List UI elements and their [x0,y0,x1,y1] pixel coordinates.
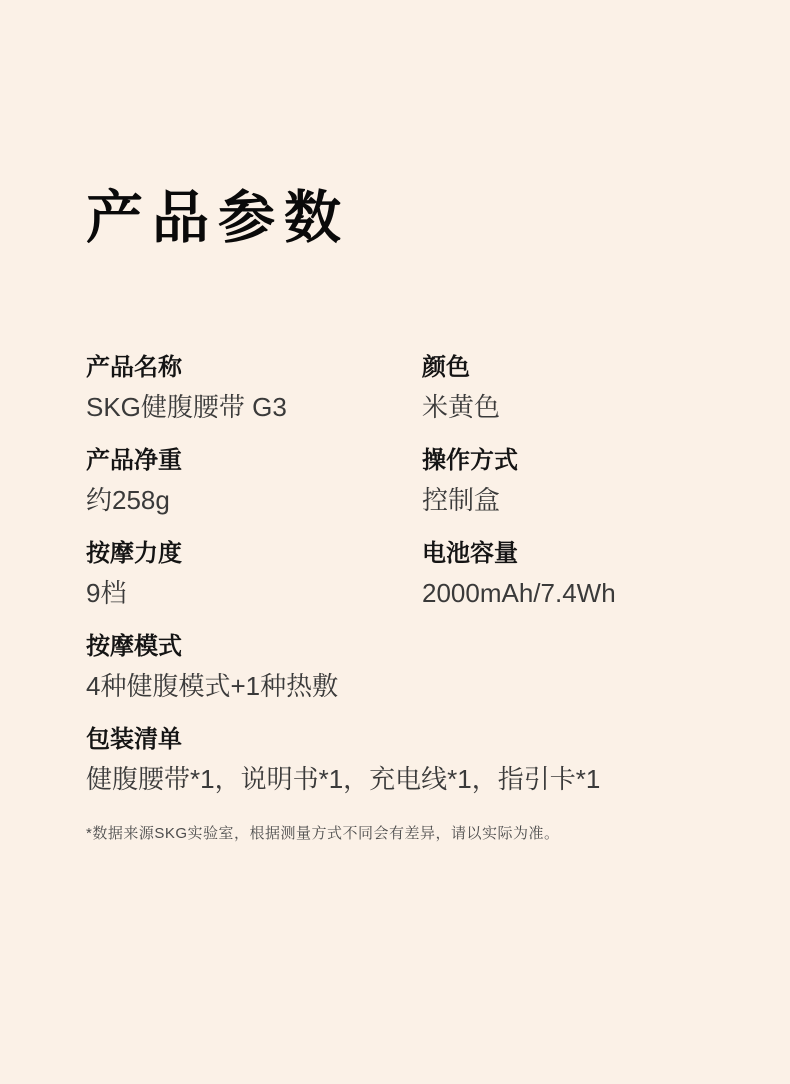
spec-item-massage-intensity: 按摩力度 9档 [86,539,422,610]
spec-value: 9档 [86,576,422,610]
spec-label: 按摩模式 [86,632,750,661]
spec-grid: 产品名称 SKG健腹腰带 G3 颜色 米黄色 产品净重 约258g 操作方式 控… [86,353,750,796]
spec-label: 产品名称 [86,353,422,382]
spec-value: 米黄色 [422,390,750,424]
spec-value: 约258g [86,483,422,517]
spec-value: 控制盒 [422,483,750,517]
spec-item-color: 颜色 米黄色 [422,353,750,424]
spec-value: 2000mAh/7.4Wh [422,576,750,610]
page-title: 产品参数 [86,190,750,247]
spec-label: 按摩力度 [86,539,422,568]
spec-label: 产品净重 [86,446,422,475]
spec-label: 操作方式 [422,446,750,475]
spec-label: 颜色 [422,353,750,382]
spec-item-massage-modes: 按摩模式 4种健腹模式+1种热敷 [86,632,750,703]
spec-item-package-contents: 包装清单 健腹腰带*1，说明书*1，充电线*1，指引卡*1 [86,725,750,796]
spec-value: 健腹腰带*1，说明书*1，充电线*1，指引卡*1 [86,762,750,796]
product-parameters-section: 产品参数 产品名称 SKG健腹腰带 G3 颜色 米黄色 产品净重 约258g 操… [0,0,790,844]
spec-item-net-weight: 产品净重 约258g [86,446,422,517]
spec-item-product-name: 产品名称 SKG健腹腰带 G3 [86,353,422,424]
spec-label: 包装清单 [86,725,750,754]
data-source-footnote: *数据来源SKG实验室，根据测量方式不同会有差异，请以实际为准。 [86,824,750,844]
spec-value: 4种健腹模式+1种热敷 [86,669,750,703]
spec-item-operation-method: 操作方式 控制盒 [422,446,750,517]
spec-value: SKG健腹腰带 G3 [86,390,422,424]
spec-item-battery-capacity: 电池容量 2000mAh/7.4Wh [422,539,750,610]
spec-label: 电池容量 [422,539,750,568]
